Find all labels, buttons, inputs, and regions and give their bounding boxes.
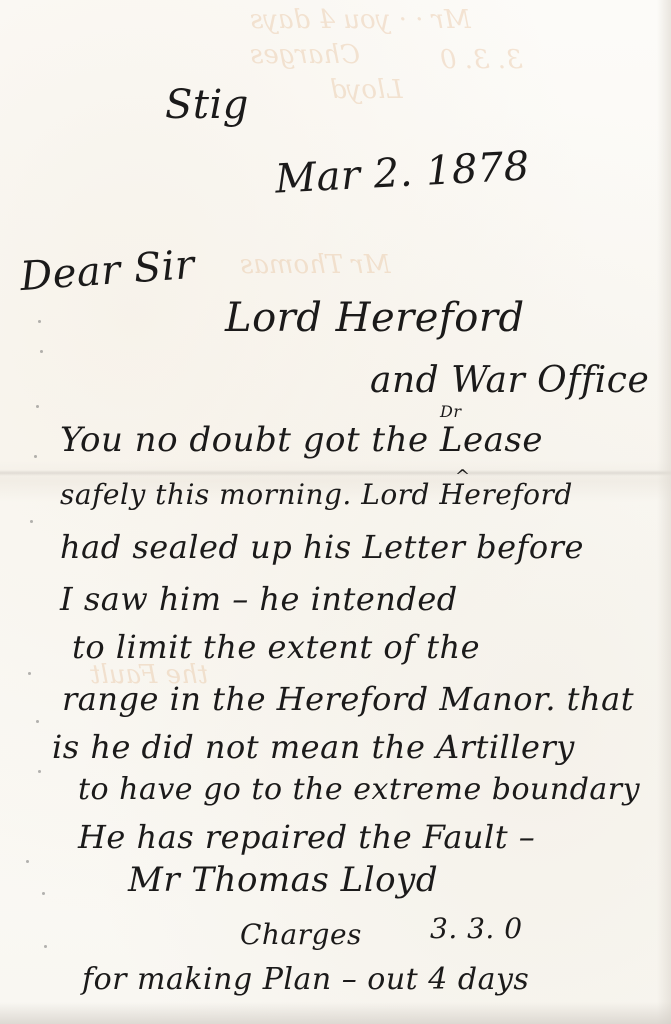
body-line-7: is he did not mean the Artillery xyxy=(52,728,575,766)
body-line-8: to have go to the extreme boundary xyxy=(78,772,640,807)
body-line-2: safely this morning. Lord Hereford xyxy=(60,478,573,511)
paper-bottom-edge xyxy=(0,1002,671,1024)
charges-amount: 3. 3. 0 xyxy=(430,912,523,945)
bleed-through-line: Lloyd xyxy=(330,75,403,105)
paper-speck xyxy=(40,350,43,353)
paper-speck xyxy=(44,945,47,948)
paper-speck xyxy=(38,320,41,323)
body-line-3: had sealed up his Letter before xyxy=(60,528,584,566)
body-line-6: range in the Hereford Manor. that xyxy=(62,680,634,718)
paper-speck xyxy=(36,405,39,408)
body-line-9: He has repaired the Fault – xyxy=(78,818,535,856)
paper-speck xyxy=(38,770,41,773)
body-line-5: to limit the extent of the xyxy=(72,628,480,666)
letter-subject-war-office: and War Office xyxy=(370,360,649,401)
paper-speck xyxy=(34,455,37,458)
paper-right-edge xyxy=(657,0,671,1024)
paper-speck xyxy=(26,860,29,863)
charges-name: Mr Thomas Lloyd xyxy=(128,860,438,900)
paper-speck xyxy=(28,672,31,675)
letter-date: Mar 2. 1878 xyxy=(274,143,531,202)
letter-place: Stig xyxy=(165,82,249,128)
paper-speck xyxy=(36,720,39,723)
charges-label: Charges xyxy=(240,918,362,951)
bleed-through-line: Mr Thomas xyxy=(240,250,391,280)
body-line-4: I saw him – he intended xyxy=(60,580,458,618)
body-line-1: You no doubt got the Lease xyxy=(60,420,543,460)
paper-speck xyxy=(42,892,45,895)
bleed-through-line: 3. 3. 0 xyxy=(440,45,523,75)
letter-subject-lord: Lord Hereford xyxy=(225,295,525,341)
letter-page: Mr · · you 4 days Charges 3. 3. 0 Lloyd … xyxy=(0,0,671,1024)
letter-salutation: Dear Sir xyxy=(19,242,197,300)
paper-fold xyxy=(0,470,671,476)
charges-note: for making Plan – out 4 days xyxy=(82,962,529,997)
paper-speck xyxy=(30,520,33,523)
insertion-mark: Dr xyxy=(440,402,461,421)
bleed-through-line: Mr · · you 4 days xyxy=(250,5,471,35)
bleed-through-line: Charges xyxy=(250,40,360,70)
